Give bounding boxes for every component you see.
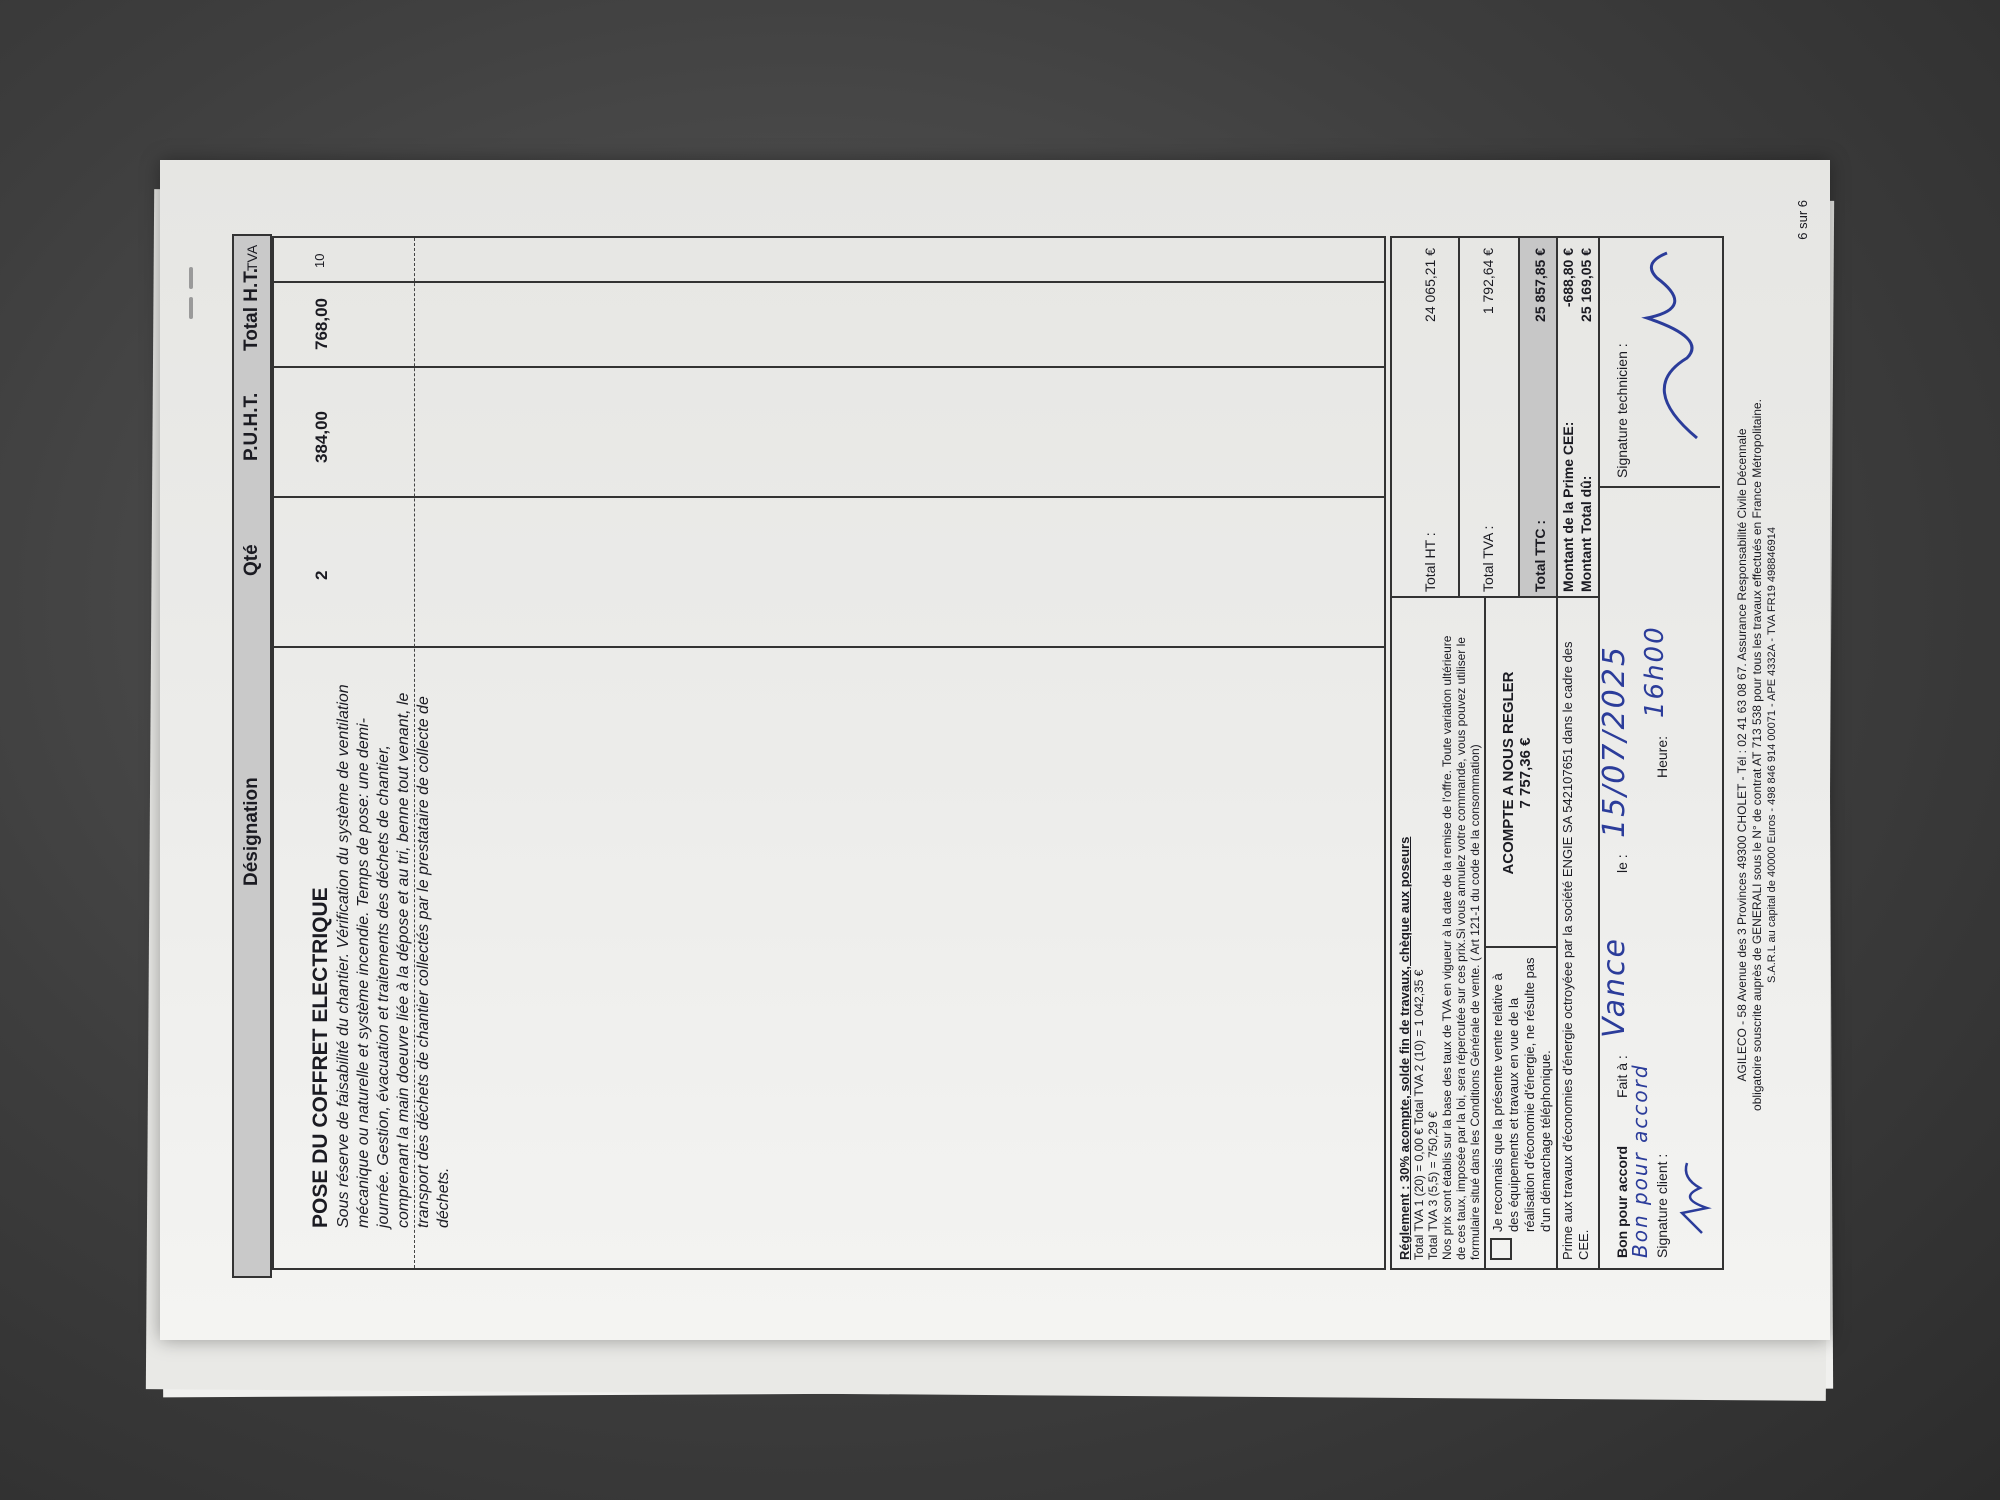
item-unit-price: 384,00 [312,411,332,463]
quote-page: Désignation Qté P.U.H.T. Total H.T. TVA … [160,160,1830,1340]
total-ht-value: 24 065,21 € [1422,248,1438,322]
col-total-ht: Total H.T. [241,268,263,351]
item-title: POSE DU COFFRET ELECTRIQUE [309,887,333,1228]
accord-handwritten: Bon pour accord [1628,1063,1652,1258]
page-number: 6 sur 6 [1795,200,1810,240]
deposit-label: ACOMPTE A NOUS REGLER [1500,608,1517,938]
cee-amount-label: Montant de la Prime CEE: [1560,422,1576,592]
col-tva: TVA [244,245,260,271]
summary-block: Réglement : 30% acompte, solde fin de tr… [1390,236,1724,1270]
total-due-label: Montant Total dû: [1578,476,1594,592]
fait-value: Vance [1597,937,1632,1038]
cee-notice: Prime aux travaux d'économies d'énergie … [1560,610,1592,1260]
total-ttc-value: 25 857,85 € [1532,248,1548,322]
item-description: Sous réserve de faisabilité du chantier.… [334,673,454,1228]
technician-signature [1627,248,1722,448]
total-due-value: 25 169,05 € [1578,248,1594,322]
no-phone-sale-checkbox[interactable] [1490,1238,1517,1260]
staple-icon [189,267,193,289]
staple-icon [189,297,193,319]
col-unit-price: P.U.H.T. [241,393,263,461]
deposit-value: 7 757,36 € [1517,608,1534,938]
payment-terms: Réglement : 30% acompte, solde fin de tr… [1398,620,1482,1260]
company-footer: AGILECO - 58 Avenue des 3 Provinces 4930… [1735,240,1780,1270]
hour-label: Heure: [1654,736,1670,778]
item-qty: 2 [312,571,332,580]
total-ht-label: Total HT : [1422,532,1438,592]
item-tva: 10 [312,254,327,268]
total-ttc-label: Total TTC : [1532,520,1548,592]
date-label: le : [1614,854,1630,873]
items-table: POSE DU COFFRET ELECTRIQUE Sous réserve … [272,236,1386,1270]
client-signature-label: Signature client : [1654,1154,1670,1258]
fait-label: Fait à : [1614,1055,1630,1098]
table-header: Désignation Qté P.U.H.T. Total H.T. TVA [232,234,272,1278]
total-tva-value: 1 792,64 € [1480,248,1496,314]
date-value: 15/07/2025 [1597,645,1632,838]
col-qty: Qté [241,544,263,576]
cee-amount-value: -688,80 € [1560,248,1576,307]
client-signature [1672,1158,1717,1238]
total-tva-label: Total TVA : [1480,526,1496,592]
item-total-ht: 768,00 [312,298,332,350]
hour-value: 16h00 [1640,625,1670,718]
declaration-text: Je reconnais que la présente vente relat… [1490,952,1554,1232]
col-designation: Désignation [241,777,263,886]
